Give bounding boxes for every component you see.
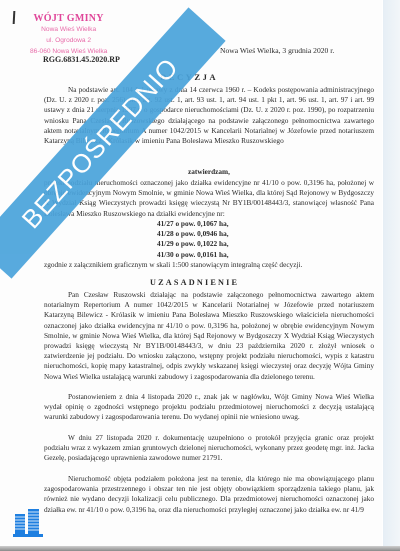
- document-date: Nowa Wieś Wielka, 3 grudnia 2020 r.: [220, 46, 334, 55]
- graphic-note: zgodnie z załącznikiem graficznym w skal…: [44, 260, 374, 270]
- office-stamp: WÓJT GMINY Nowa Wieś Wielka ul. Ogrodowa…: [30, 13, 107, 57]
- buildings-logo-icon: [12, 505, 46, 539]
- plot-item: 41/27 o pow. 0,1067 ha,: [157, 219, 297, 229]
- page-edge-bottom: [0, 546, 400, 551]
- justification-paragraph-4: Nieruchomość objęta podziałem położona j…: [44, 474, 374, 515]
- justification-paragraph-2: Postanowieniem z dnia 4 listopada 2020 r…: [44, 392, 374, 423]
- plot-item: 41/30 o pow. 0,0161 ha,: [157, 250, 297, 260]
- plot-list: 41/27 o pow. 0,1067 ha, 41/28 o pow. 0,0…: [157, 219, 297, 260]
- stamp-street: ul. Ogrodowa 2: [30, 35, 107, 46]
- page-edge-right: [383, 0, 400, 551]
- stamp-municipality: Nowa Wieś Wielka: [30, 24, 107, 35]
- stamp-title: WÓJT GMINY: [30, 13, 107, 24]
- plot-item: 41/29 o pow. 0,1022 ha,: [157, 239, 297, 249]
- reference-number: RGG.6831.45.2020.RP: [43, 55, 120, 64]
- pen-mark: [13, 11, 16, 24]
- plot-item: 41/28 o pow. 0,0946 ha,: [157, 229, 297, 239]
- justification-paragraph-1: Pan Czesław Ruszowski działając na podst…: [44, 290, 374, 382]
- justification-title: UZASADNIENIE: [150, 278, 239, 287]
- document-page: WÓJT GMINY Nowa Wieś Wielka ul. Ogrodowa…: [0, 0, 382, 548]
- justification-paragraph-3: W dniu 27 listopada 2020 r. dokumentację…: [44, 433, 374, 464]
